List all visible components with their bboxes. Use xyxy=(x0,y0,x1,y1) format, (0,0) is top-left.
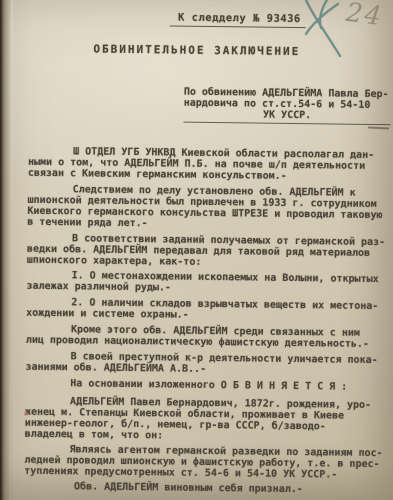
case-reference-line: К следделу № 93436 xyxy=(30,11,392,29)
paragraph-nationalist: Кроме этого обв. АДЕЛЬГЕЙМ среди связанн… xyxy=(26,324,388,350)
paragraph-intro: Ш ОТДЕЛ УГБ УНКВД Киевской области распо… xyxy=(28,146,390,183)
paragraph-charge: Являясь агентом германской разведки по з… xyxy=(24,444,386,481)
document-title: ОБВИНИТЕЛЬНОЕ ЗАКЛЮЧЕНИЕ xyxy=(93,44,391,60)
accusation-block: По обвинению АДЕЛЬГЕЙМА Павла Бер- нардо… xyxy=(184,87,391,126)
paper-fold-line xyxy=(11,0,13,500)
paragraph-testimony: В своей преступной к-р деятельности улич… xyxy=(25,351,387,377)
paragraph-confession: Обв. АДЕЛЬГЕЙМ виновным себя признал.- xyxy=(24,481,386,496)
document-content: К следделу № 93436 ОБВИНИТЕЛЬНОЕ ЗАКЛЮЧЕ… xyxy=(24,0,392,496)
page-edge-shadow xyxy=(0,0,11,500)
paragraph-item-2: 2. О наличии складов взрывчатых веществ … xyxy=(26,297,388,323)
paragraph-tasks: В соответствии заданий получаемых от гер… xyxy=(27,233,389,270)
paragraph-accused-header: На основании изложенного О Б В И Н Я Е Т… xyxy=(25,378,387,393)
paragraph-investigation: Следствием по делу установлено обв. АДЕЛ… xyxy=(27,184,390,232)
paragraph-biography: АДЕЛЬГЕЙМ Павел Бернардович, 1872г. рожд… xyxy=(25,396,388,444)
ink-speck xyxy=(24,411,28,416)
paragraph-item-1: I. О местонахождении ископаемых на Волын… xyxy=(26,270,388,296)
document-page: 24 К следделу № 93436 ОБВИНИТЕЛЬНОЕ ЗАКЛ… xyxy=(0,0,393,500)
case-reference-text: К следделу № 93436 xyxy=(170,12,306,28)
